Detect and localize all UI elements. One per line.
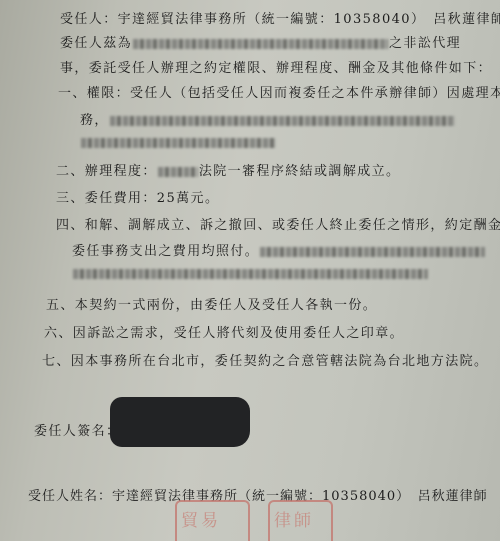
- clause-1-cont: 務，: [80, 109, 456, 128]
- redacted-text: [260, 247, 485, 257]
- redacted-text: [73, 269, 428, 279]
- clause-1-cont-prefix: 務，: [80, 113, 109, 128]
- redacted-text: [81, 138, 276, 148]
- clause-4: 四、和解、調解成立、訴之撤回、或委任人終止委任之情形，約定酬金及因處理: [56, 214, 500, 233]
- redacted-text: [133, 39, 388, 49]
- intro-line: 委任人茲為之非訟代理: [60, 32, 461, 51]
- seal-stamp-2: 律師: [268, 500, 333, 541]
- redacted-text: [158, 167, 198, 177]
- clause-2-suffix: 法院一審程序終結或調解成立。: [199, 164, 401, 179]
- intro-line-2: 事，委託受任人辦理之約定權限、辦理程度、酬金及其他條件如下：: [60, 57, 492, 76]
- clause-4-cont-2: [72, 266, 429, 281]
- clause-2-prefix: 二、辦理程度：: [56, 164, 157, 179]
- attorney-name-line: 受任人姓名：宇達經貿法律事務所（統一編號：10358040） 呂秋蓮律師: [28, 485, 488, 504]
- header-line: 受任人：宇達經貿法律事務所（統一編號：10358040） 呂秋蓮律師: [60, 8, 500, 27]
- clause-1-cont-2: [80, 135, 277, 150]
- redacted-signature: [110, 397, 250, 447]
- intro-prefix: 委任人茲為: [60, 36, 132, 51]
- clause-3: 三、委任費用：25萬元。: [56, 187, 219, 206]
- redacted-text: [110, 116, 455, 126]
- clause-4-cont-prefix: 委任事務支出之費用均照付。: [72, 244, 259, 259]
- clause-6: 六、因訴訟之需求，受任人將代刻及使用委任人之印章。: [44, 322, 404, 341]
- client-signature-label: 委任人簽名：: [34, 420, 120, 439]
- clause-5: 五、本契約一式兩份，由委任人及受任人各執一份。: [46, 294, 377, 313]
- intro-suffix: 之非訟代理: [389, 36, 461, 51]
- clause-4-cont: 委任事務支出之費用均照付。: [72, 240, 486, 259]
- clause-1: 一、權限：受任人（包括受任人因而複委任之本件承辦律師）因處理本件事: [58, 82, 500, 101]
- clause-7: 七、因本事務所在台北市，委任契約之合意管轄法院為台北地方法院。: [42, 350, 488, 369]
- clause-2: 二、辦理程度：法院一審程序終結或調解成立。: [56, 160, 400, 179]
- seal-stamp-1: 貿易: [175, 500, 250, 541]
